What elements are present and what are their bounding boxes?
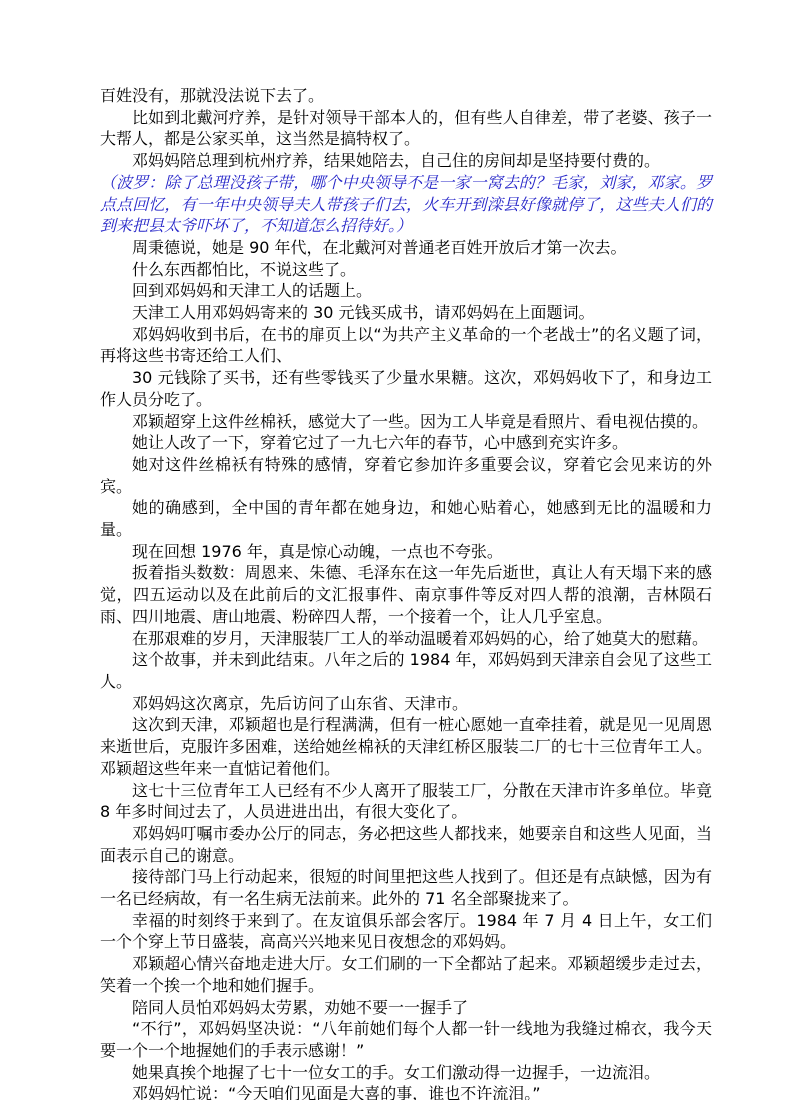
paragraph: 幸福的时刻终于来到了。在友谊俱乐部会客厅。1984 年 7 月 4 日上午，女工… <box>100 910 712 953</box>
paragraph: 她对这件丝棉袄有特殊的感情，穿着它参加许多重要会议，穿着它会见来访的外宾。 <box>100 454 712 497</box>
paragraph: 在那艰难的岁月，天津服装厂工人的举动温暖着邓妈妈的心，给了她莫大的慰藉。 <box>100 628 712 650</box>
paragraph: 邓妈妈忙说：“今天咱们见面是大喜的事，谁也不许流泪。” <box>100 1083 712 1100</box>
paragraph: 什么东西都怕比，不说这些了。 <box>100 259 712 281</box>
paragraph: 邓妈妈收到书后，在书的扉页上以“为共产主义革命的一个老战士”的名义题了词，再将这… <box>100 324 712 367</box>
paragraph: 陪同人员怕邓妈妈太劳累，劝她不要一一握手了 <box>100 997 712 1019</box>
paragraph: 30 元钱除了买书，还有些零钱买了少量水果糖。这次，邓妈妈收下了，和身边工作人员… <box>100 367 712 410</box>
paragraph: 比如到北戴河疗养，是针对领导干部本人的，但有些人自律差，带了老婆、孩子一大帮人，… <box>100 107 712 150</box>
paragraph: 她让人改了一下，穿着它过了一九七六年的春节，心中感到充实许多。 <box>100 432 712 454</box>
annotation-paragraph: （波罗：除了总理没孩子带，哪个中央领导不是一家一窝去的？毛家，刘家，邓家。罗点点… <box>100 172 712 237</box>
paragraph: 邓颖超穿上这件丝棉袄，感觉大了一些。因为工人毕竟是看照片、看电视估摸的。 <box>100 411 712 433</box>
paragraph: 她的确感到，全中国的青年都在她身边，和她心贴着心，她感到无比的温暖和力量。 <box>100 497 712 540</box>
paragraph: 邓妈妈叮嘱市委办公厅的同志，务必把这些人都找来，她要亲自和这些人见面，当面表示自… <box>100 823 712 866</box>
paragraph: 现在回想 1976 年，真是惊心动魄，一点也不夸张。 <box>100 541 712 563</box>
paragraph: 邓颖超心情兴奋地走进大厅。女工们刷的一下全都站了起来。邓颖超缓步走过去，笑着一个… <box>100 953 712 996</box>
document-text-block: 百姓没有，那就没法说下去了。比如到北戴河疗养，是针对领导干部本人的，但有些人自律… <box>100 85 712 1100</box>
paragraph: 天津工人用邓妈妈寄来的 30 元钱买成书，请邓妈妈在上面题词。 <box>100 302 712 324</box>
paragraph: 邓妈妈这次离京，先后访问了山东省、天津市。 <box>100 693 712 715</box>
paragraph: 接待部门马上行动起来，很短的时间里把这些人找到了。但还是有点缺憾，因为有一名已经… <box>100 866 712 909</box>
document-page: 百姓没有，那就没法说下去了。比如到北戴河疗养，是针对领导干部本人的，但有些人自律… <box>0 0 800 1100</box>
paragraph: 周秉德说，她是 90 年代，在北戴河对普通老百姓开放后才第一次去。 <box>100 237 712 259</box>
paragraph: 回到邓妈妈和天津工人的话题上。 <box>100 280 712 302</box>
paragraph: 扳着指头数数：周恩来、朱德、毛泽东在这一年先后逝世，真让人有天塌下来的感觉，四五… <box>100 562 712 627</box>
paragraph: 百姓没有，那就没法说下去了。 <box>100 85 712 107</box>
paragraph: “不行”，邓妈妈坚决说：“八年前她们每个人都一针一线地为我缝过棉衣，我今天要一个… <box>100 1018 712 1061</box>
paragraph: 这个故事，并未到此结束。八年之后的 1984 年，邓妈妈到天津亲自会见了这些工人… <box>100 649 712 692</box>
paragraph: 这七十三位青年工人已经有不少人离开了服装工厂，分散在天津市许多单位。毕竟 8 年… <box>100 780 712 823</box>
paragraph: 邓妈妈陪总理到杭州疗养，结果她陪去，自己住的房间却是坚持要付费的。 <box>100 150 712 172</box>
paragraph: 这次到天津，邓颖超也是行程满满，但有一桩心愿她一直牵挂着，就是见一见周恩来逝世后… <box>100 714 712 779</box>
paragraph: 她果真挨个地握了七十一位女工的手。女工们激动得一边握手，一边流泪。 <box>100 1062 712 1084</box>
